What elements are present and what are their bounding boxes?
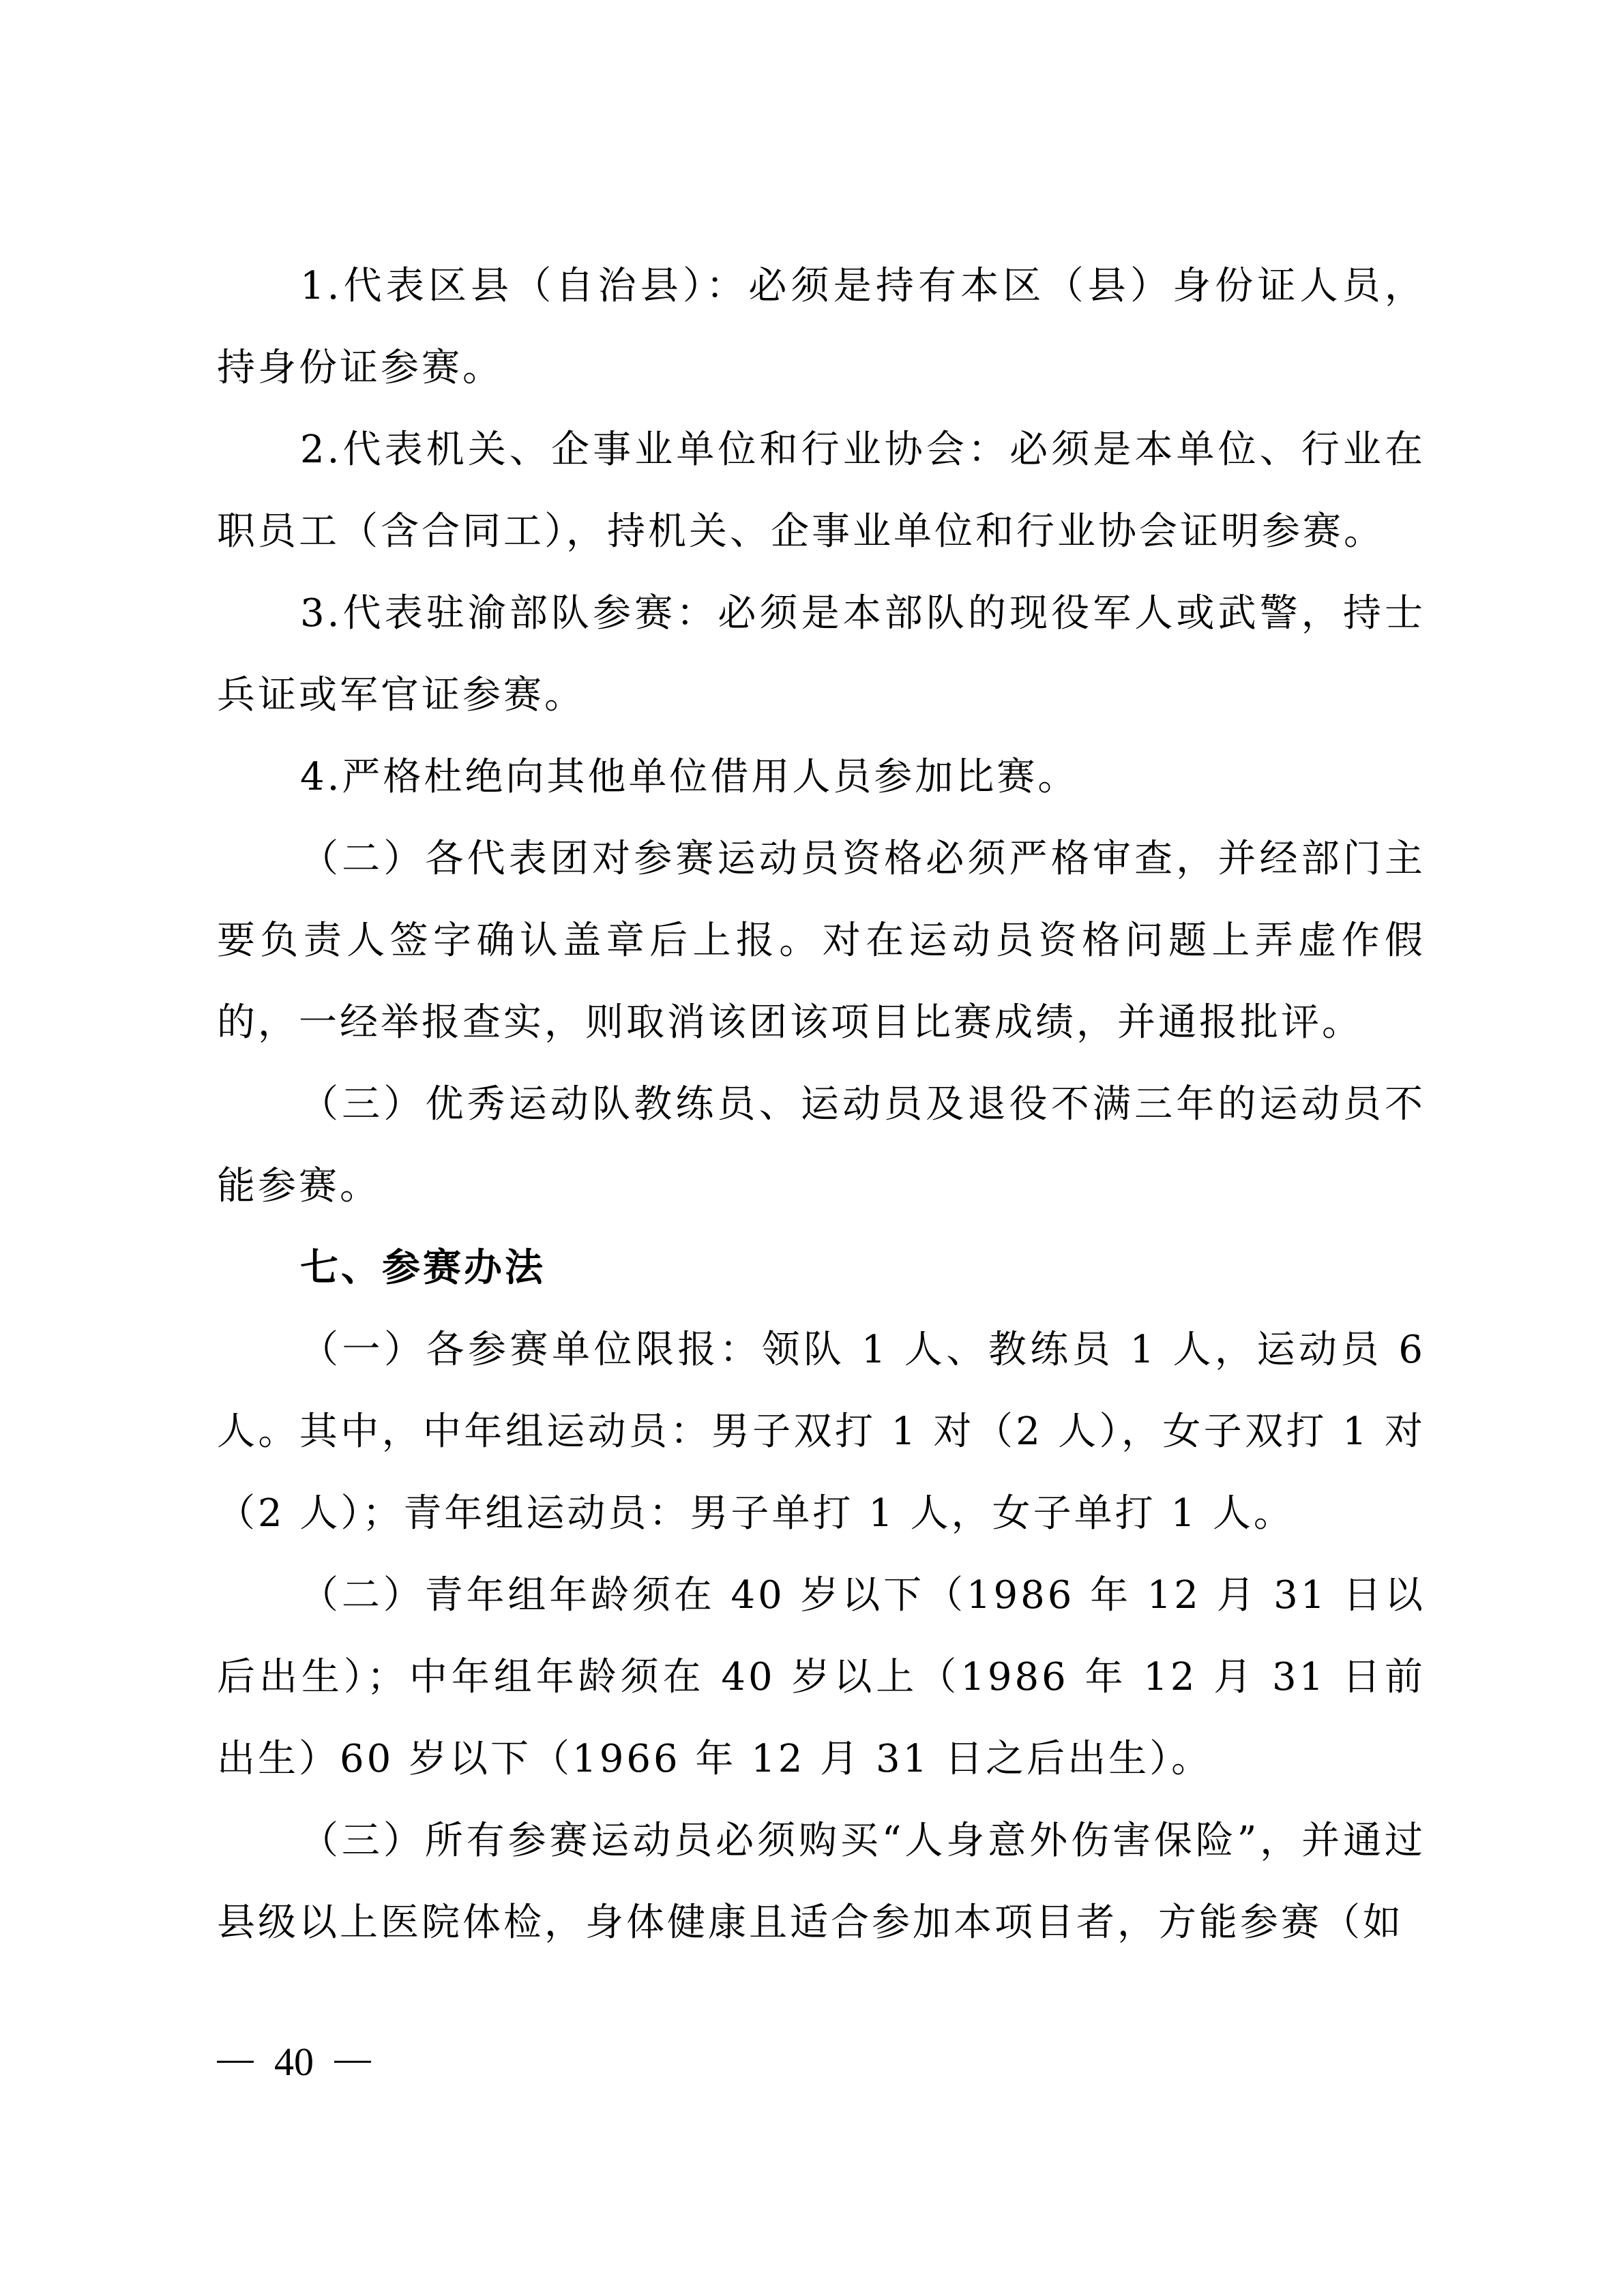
- document-body: 1.代表区县（自治县）：必须是持有本区（县）身份证人员，持身份证参赛。 2.代表…: [217, 245, 1426, 1964]
- paragraph-no-borrowing: 4.严格杜绝向其他单位借用人员参加比赛。: [217, 736, 1426, 818]
- paragraph-eligibility-organizations: 2.代表机关、企事业单位和行业协会：必须是本单位、行业在职员工（含合同工），持机…: [217, 409, 1426, 573]
- paragraph-eligibility-district: 1.代表区县（自治县）：必须是持有本区（县）身份证人员，持身份证参赛。: [217, 245, 1426, 409]
- section-heading-participation-method: 七、参赛办法: [217, 1227, 1426, 1309]
- paragraph-team-quota: （一）各参赛单位限报：领队 1 人、教练员 1 人，运动员 6 人。其中，中年组…: [217, 1309, 1426, 1555]
- paragraph-insurance-health: （三）所有参赛运动员必须购买“人身意外伤害保险”，并通过县级以上医院体检，身体健…: [217, 1800, 1426, 1964]
- paragraph-eligibility-military: 3.代表驻渝部队参赛：必须是本部队的现役军人或武警，持士兵证或军官证参赛。: [217, 573, 1426, 736]
- dash-left: [217, 2061, 254, 2063]
- dash-right: [334, 2061, 371, 2063]
- paragraph-age-groups: （二）青年组年龄须在 40 岁以下（1986 年 12 月 31 日以后出生）；…: [217, 1555, 1426, 1800]
- page-number: 40: [274, 2039, 314, 2085]
- paragraph-professional-exclusion: （三）优秀运动队教练员、运动员及退役不满三年的运动员不能参赛。: [217, 1064, 1426, 1227]
- page-footer: 40: [217, 2039, 371, 2085]
- paragraph-qualification-review: （二）各代表团对参赛运动员资格必须严格审查，并经部门主要负责人签字确认盖章后上报…: [217, 818, 1426, 1064]
